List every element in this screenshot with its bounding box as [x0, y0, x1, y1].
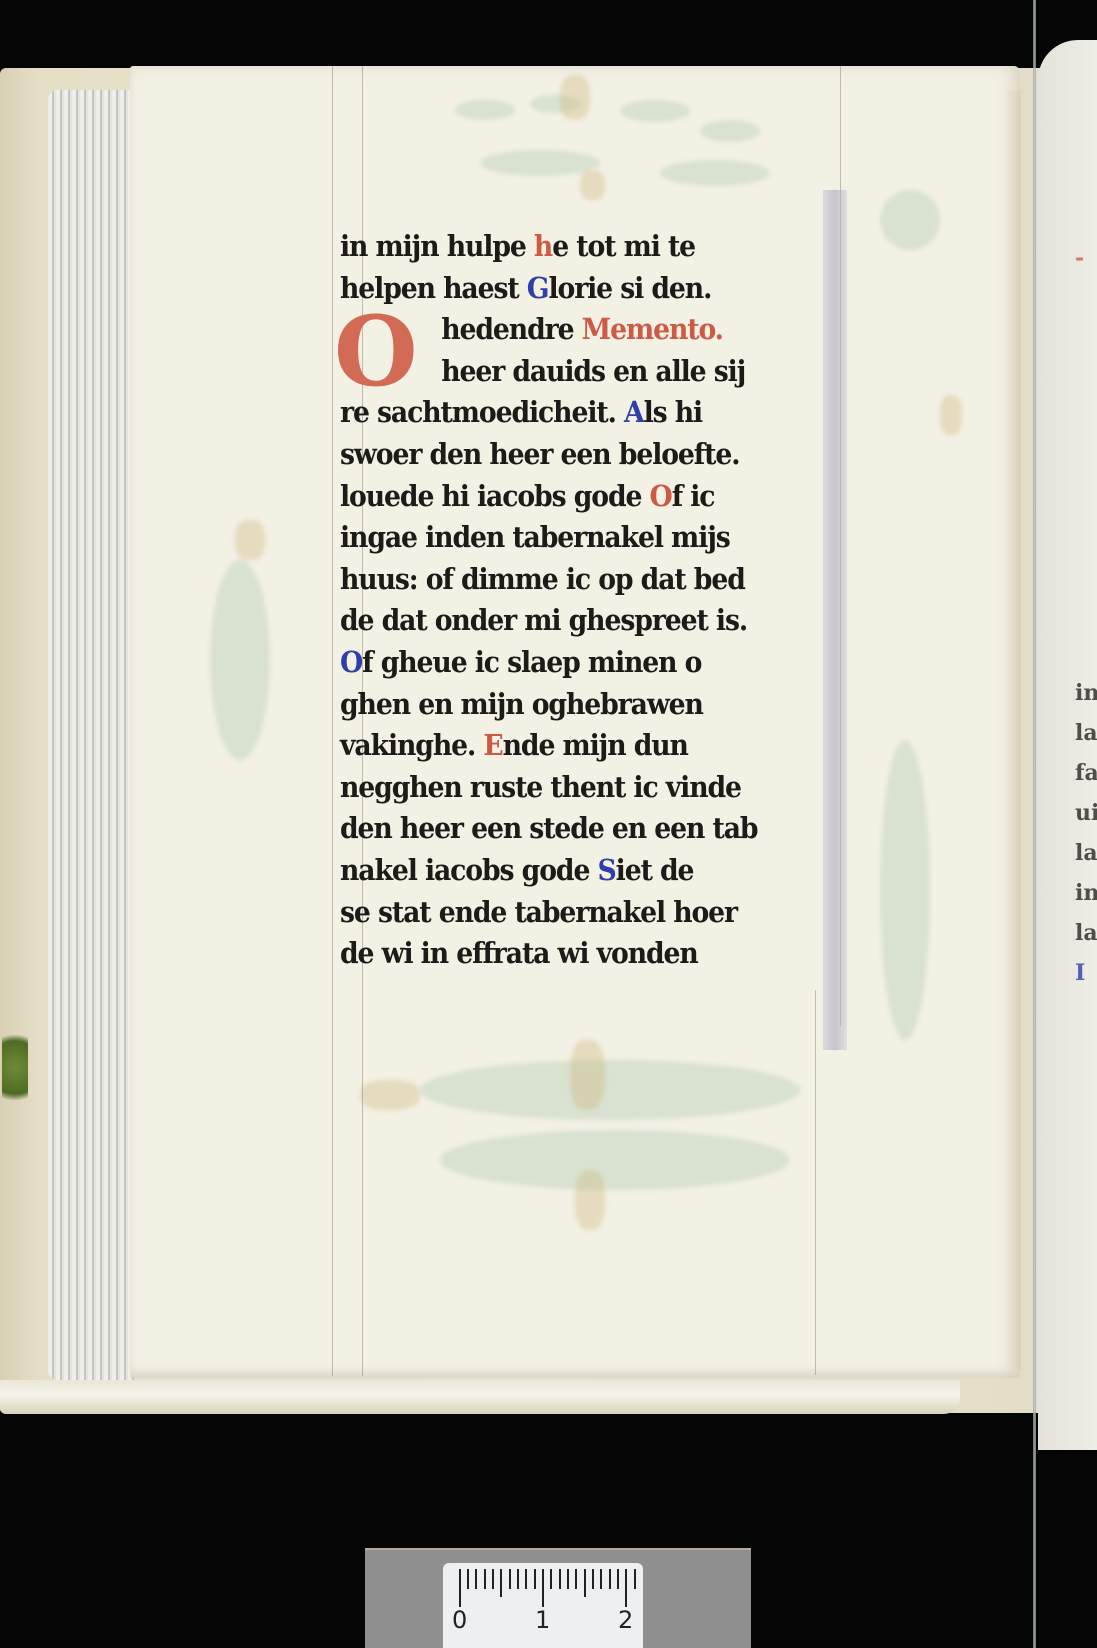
rubric: E	[483, 728, 502, 762]
show-through-foliage	[480, 150, 600, 176]
facing-page-text: in	[1075, 880, 1097, 906]
text-line: de dat onder mi ghespreet is.	[340, 600, 800, 642]
text-line: nakel iacobs gode Siet de	[340, 850, 800, 892]
rubric: O	[340, 645, 362, 679]
show-through-gold	[560, 75, 590, 120]
show-through-foliage	[880, 740, 930, 1040]
ruler-tick-half	[584, 1569, 586, 1597]
show-through-foliage	[660, 160, 770, 186]
page-stack-edge	[48, 90, 134, 1380]
ruler-tick	[517, 1569, 519, 1589]
show-through-gold	[580, 170, 605, 200]
rubric: S	[597, 853, 615, 887]
rubric: A	[624, 395, 644, 429]
show-through-foliage	[700, 120, 760, 142]
text-line: vakinghe. Ende mijn dun	[340, 725, 800, 767]
show-through-foliage	[420, 1060, 800, 1120]
facing-page-text: in	[1075, 680, 1097, 706]
facing-page-text: la	[1075, 720, 1097, 746]
facing-page-text: fa	[1075, 760, 1097, 786]
ruler-label-1: 1	[535, 1606, 550, 1634]
glass-plate-edge	[1033, 0, 1036, 1648]
ruler-tick-major	[542, 1569, 544, 1607]
ruler-tick	[492, 1569, 494, 1589]
show-through-foliage	[440, 1130, 790, 1190]
rubric: Memento.	[582, 312, 723, 346]
rubric: G	[527, 271, 549, 305]
text-line: ghen en mijn oghebrawen	[340, 684, 800, 726]
text-line: se stat ende tabernakel hoer	[340, 892, 800, 934]
ruling-line-outer-left	[332, 66, 333, 1376]
show-through-foliage	[210, 560, 270, 760]
text-line: in mijn hulpe he tot mi te	[340, 226, 800, 268]
ruler-tick-half	[500, 1569, 502, 1597]
facing-page-text: la	[1075, 920, 1097, 946]
ruler-tick	[617, 1569, 619, 1589]
text-line: hedendre Memento.	[340, 309, 800, 351]
rubric: O	[650, 479, 672, 513]
facing-page-text: ui	[1075, 800, 1097, 826]
ruler-tick-major	[459, 1569, 461, 1607]
text-line: den heer een stede en een tab	[340, 808, 800, 850]
show-through-gold	[235, 520, 265, 560]
text-line: Of gheue ic slaep minen o	[340, 642, 800, 684]
facing-page-rubric: -	[1075, 245, 1084, 271]
ruler-tick	[600, 1569, 602, 1589]
show-through-foliage	[880, 190, 940, 250]
ruler-tick	[575, 1569, 577, 1589]
show-through-gold	[570, 1040, 605, 1110]
text-line: de wi in effrata wi vonden	[340, 933, 800, 975]
ruler-label-0: 0	[452, 1606, 467, 1634]
text-line: negghen ruste thent ic vinde	[340, 767, 800, 809]
ruling-line-lower-right	[815, 990, 816, 1375]
text-line: re sachtmoedicheit. Als hi	[340, 392, 800, 434]
facing-page-text: la	[1075, 840, 1097, 866]
facing-page-initial: I	[1075, 960, 1085, 986]
green-stain	[2, 1025, 28, 1110]
ruler-tick	[475, 1569, 477, 1589]
ruler-tick	[567, 1569, 569, 1589]
show-through-foliage	[455, 100, 515, 120]
leaf-gutter-shadow	[1005, 90, 1021, 1370]
ruler-tick	[509, 1569, 511, 1589]
binding-lower-edge	[0, 1380, 960, 1414]
rubric: h	[534, 229, 552, 263]
ruler-tick	[525, 1569, 527, 1589]
text-line: ingae inden tabernakel mijs	[340, 517, 800, 559]
text-line: louede hi iacobs gode Of ic	[340, 476, 800, 518]
text-line: helpen haest Glorie si den.	[340, 268, 800, 310]
text-line: huus: of dimme ic op dat bed	[340, 559, 800, 601]
ruler-tick-major	[625, 1569, 627, 1607]
text-block: O in mijn hulpe he tot mi te helpen haes…	[340, 226, 840, 975]
ruler-tick	[609, 1569, 611, 1589]
ruler-tick	[592, 1569, 594, 1589]
stain	[940, 395, 962, 435]
ruler-tick	[467, 1569, 469, 1589]
ruler-tick	[550, 1569, 552, 1589]
show-through-foliage	[620, 100, 690, 122]
ruler-tick	[484, 1569, 486, 1589]
show-through-gold	[575, 1170, 605, 1230]
text-line: swoer den heer een beloefte.	[340, 434, 800, 476]
ruler-label-2: 2	[618, 1606, 633, 1634]
text-line: heer dauids en alle sij	[340, 351, 800, 393]
ruler-tick	[559, 1569, 561, 1589]
show-through-gold	[360, 1080, 420, 1110]
ruler-tick	[534, 1569, 536, 1589]
ruler-tick	[634, 1569, 636, 1589]
